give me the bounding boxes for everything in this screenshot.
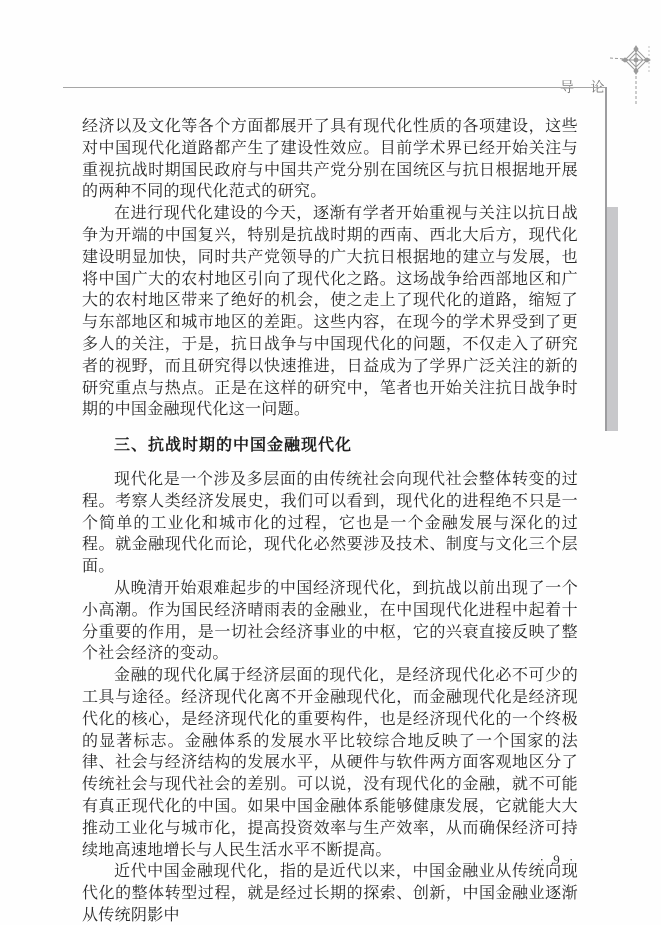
compass-flower-ornament-icon [610,44,652,108]
body-text-block: 经济以及文化等各个方面都展开了具有现代化性质的各项建设，这些对中国现代化道路都产… [82,116,578,925]
page-edge-shadow-bar [607,207,618,431]
page-top-rule [63,87,607,88]
paragraph-5: 金融的现代化属于经济层面的现代化，是经济现代化必不可少的工具与途径。经济现代化离… [82,665,578,861]
book-page: 导 论 经济以及文化等 [0,0,661,925]
paragraph-6: 近代中国金融现代化，指的是近代以来，中国金融业从传统向现代化的整体转型过程，就是… [82,861,578,925]
paragraph-3: 现代化是一个涉及多层面的由传统社会向现代社会整体转变的过程。考察人类经济发展史，… [82,469,578,578]
page-number: · 9 · [528,852,588,868]
paragraph-2: 在进行现代化建设的今天，逐渐有学者开始重视与关注以抗日战争为开端的中国复兴，特别… [82,203,578,421]
section-heading: 三、抗战时期的中国金融现代化 [82,435,578,457]
paragraph-4: 从晚清开始艰难起步的中国经济现代化，到抗战以前出现了一个小高潮。作为国民经济晴雨… [82,578,578,665]
paragraph-1: 经济以及文化等各个方面都展开了具有现代化性质的各项建设，这些对中国现代化道路都产… [82,116,578,203]
